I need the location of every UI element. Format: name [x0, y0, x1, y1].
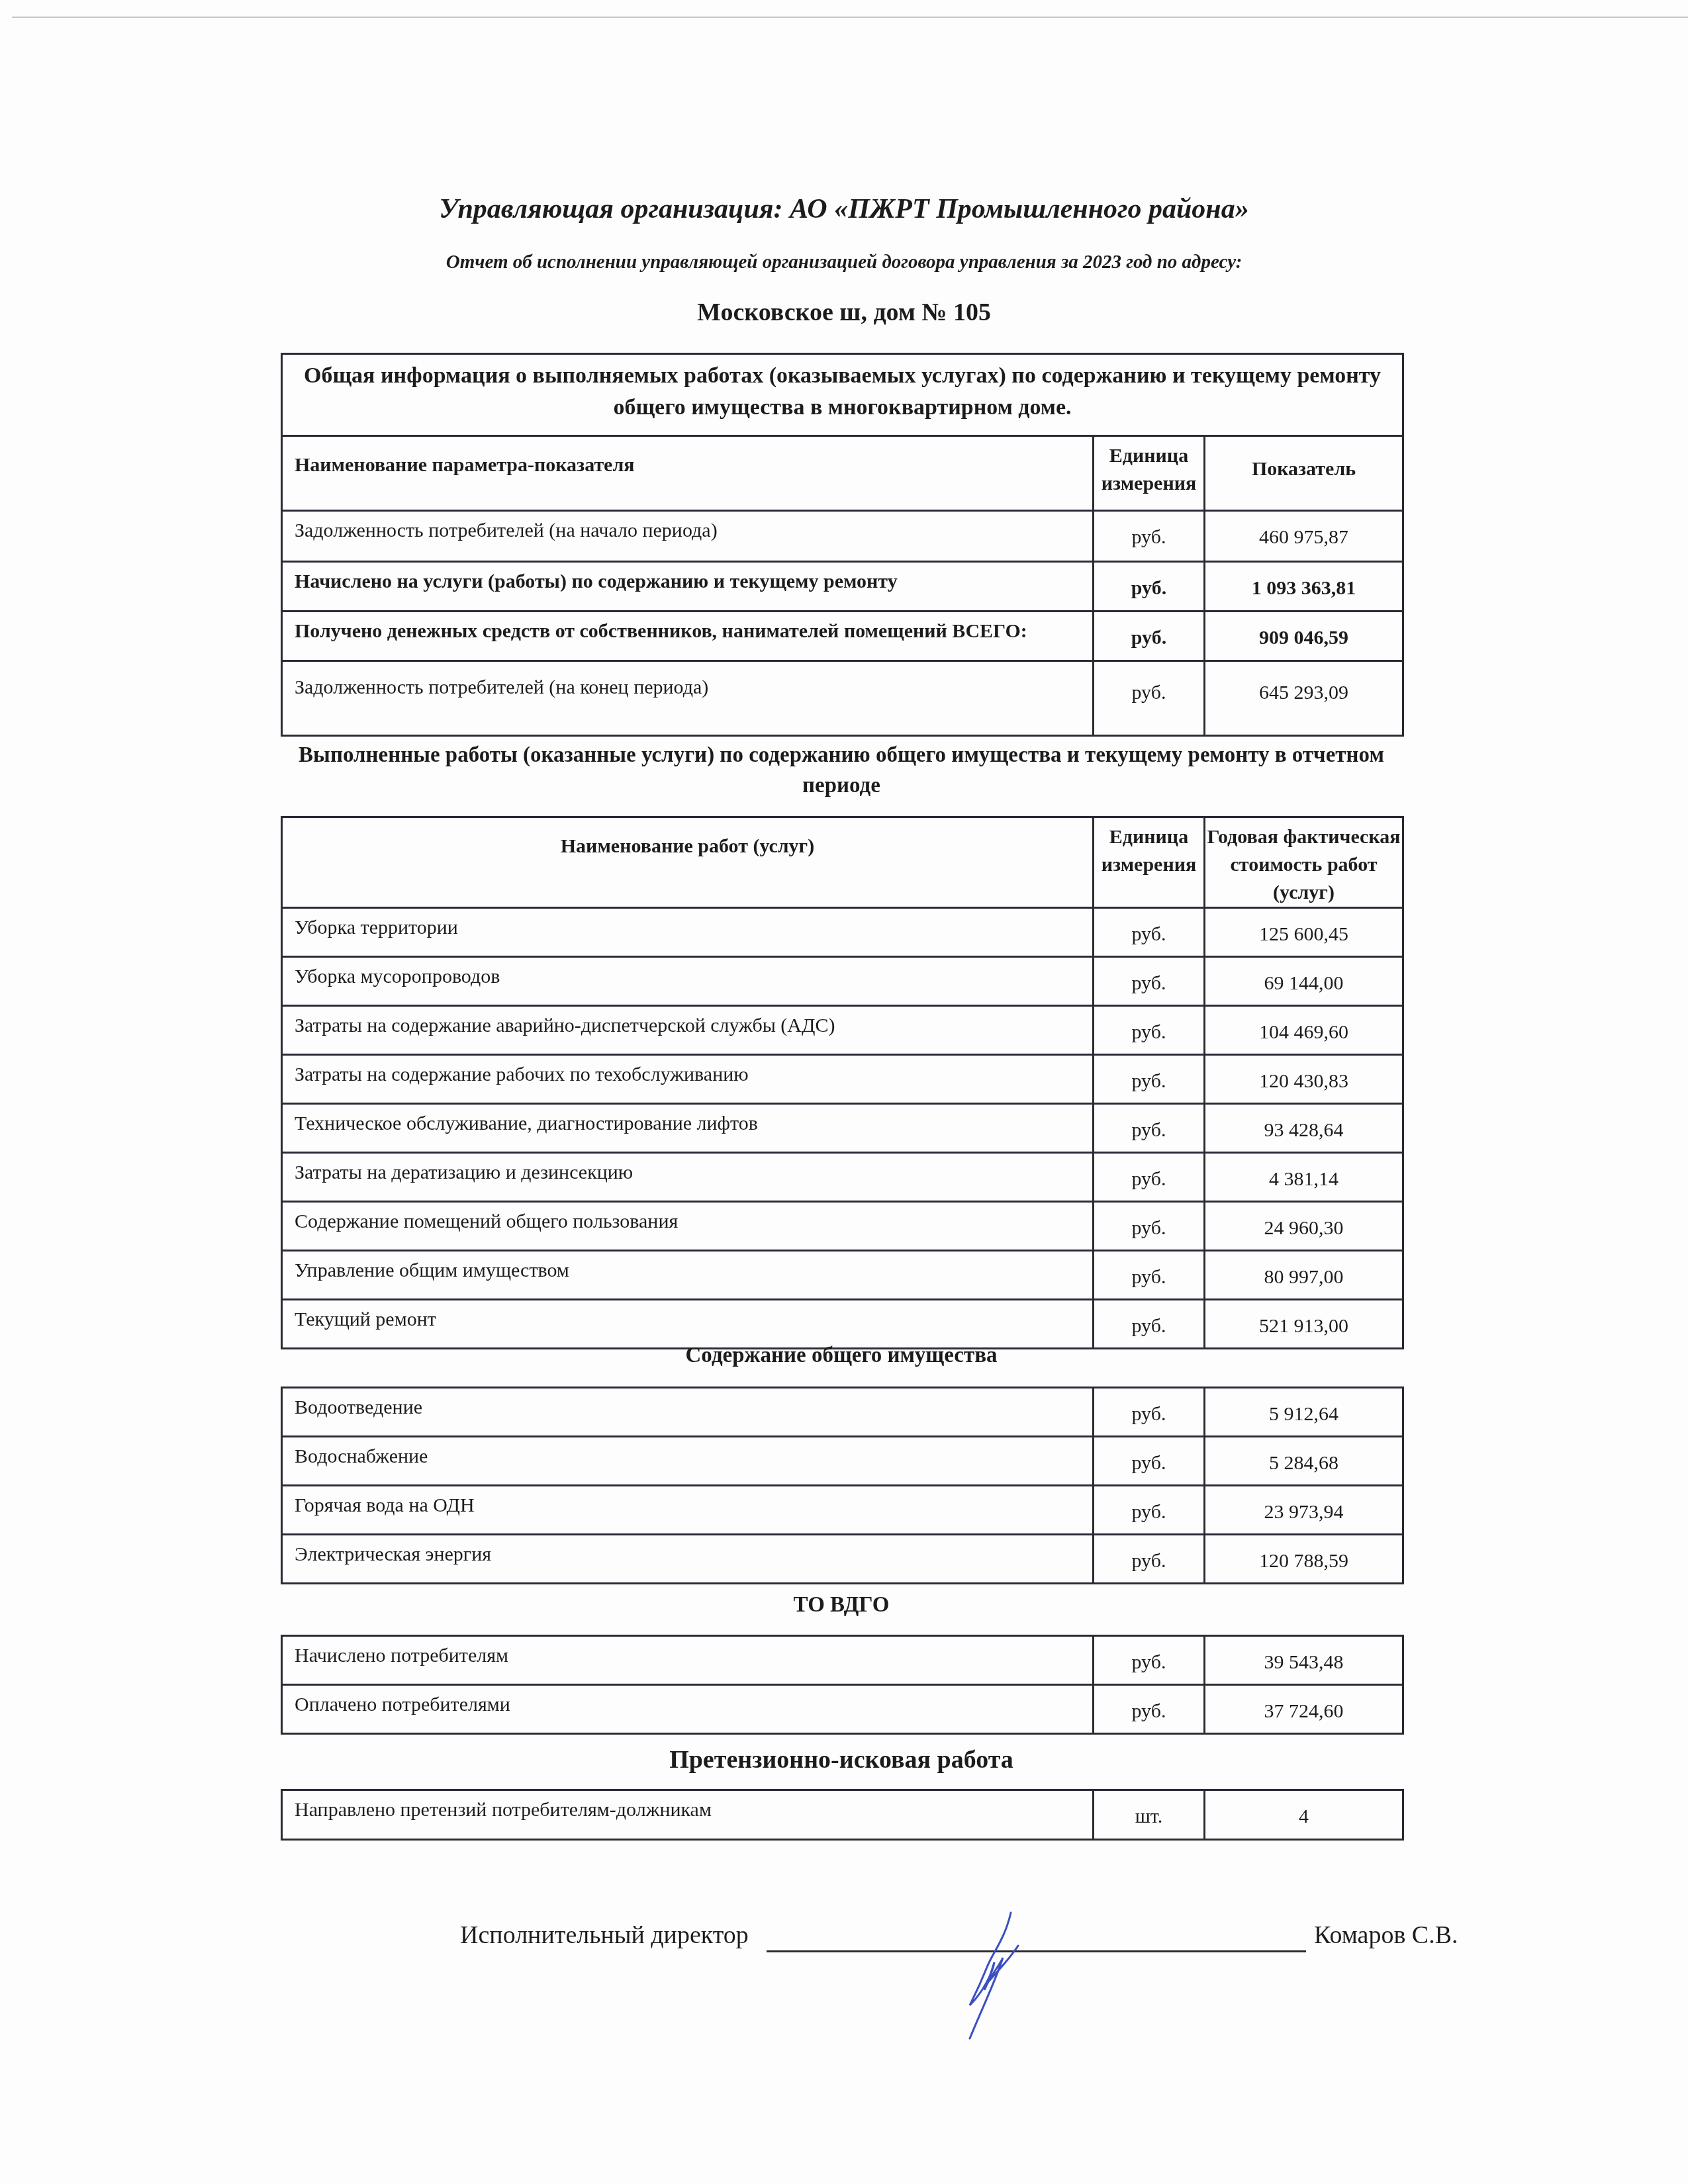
general-info-table: Общая информация о выполняемых работах (… — [281, 353, 1404, 737]
table-row: Уборка мусоропроводовруб.69 144,00 — [282, 957, 1403, 1006]
table-row: Начислено потребителямруб.39 543,48 — [282, 1636, 1403, 1685]
row-value: 460 975,87 — [1205, 511, 1403, 562]
table-row: Водоснабжениеруб.5 284,68 — [282, 1437, 1403, 1486]
row-unit: руб. — [1094, 1437, 1205, 1486]
row-unit: руб. — [1094, 661, 1205, 736]
row-name: Водоснабжение — [282, 1437, 1094, 1486]
row-value: 104 469,60 — [1205, 1006, 1403, 1055]
vdgo-table: Начислено потребителямруб.39 543,48Оплач… — [281, 1635, 1404, 1735]
row-unit: руб. — [1094, 1055, 1205, 1104]
row-value: 39 543,48 — [1205, 1636, 1403, 1685]
row-name: Задолженность потребителей (на конец пер… — [282, 661, 1094, 736]
table-row: Электрическая энергияруб.120 788,59 — [282, 1535, 1403, 1584]
table-row: Горячая вода на ОДНруб.23 973,94 — [282, 1486, 1403, 1535]
column-header-parameter: Наименование параметра-показателя — [282, 436, 1094, 511]
row-name: Затраты на содержание рабочих по техобсл… — [282, 1055, 1094, 1104]
column-header-unit: Единица измерения — [1094, 436, 1205, 511]
table-row: Уборка территориируб.125 600,45 — [282, 908, 1403, 957]
row-unit: руб. — [1094, 612, 1205, 661]
works-section-title: Выполненные работы (оказанные услуги) по… — [281, 740, 1402, 801]
row-value: 69 144,00 — [1205, 957, 1403, 1006]
row-value: 909 046,59 — [1205, 612, 1403, 661]
row-unit: руб. — [1094, 1388, 1205, 1437]
row-unit: руб. — [1094, 1202, 1205, 1251]
scan-edge-line — [12, 17, 1688, 18]
table-row: Направлено претензий потребителям-должни… — [282, 1790, 1403, 1840]
row-unit: руб. — [1094, 1153, 1205, 1202]
table-row: Задолженность потребителей (на начало пе… — [282, 511, 1403, 562]
signer-position: Исполнительный директор — [460, 1921, 749, 1950]
row-value: 645 293,09 — [1205, 661, 1403, 736]
row-name: Начислено на услуги (работы) по содержан… — [282, 562, 1094, 612]
table-row: Содержание помещений общего пользованияр… — [282, 1202, 1403, 1251]
row-name: Техническое обслуживание, диагностирован… — [282, 1104, 1094, 1153]
row-unit: руб. — [1094, 1006, 1205, 1055]
row-name: Задолженность потребителей (на начало пе… — [282, 511, 1094, 562]
signer-name: Комаров С.В. — [1314, 1921, 1458, 1950]
row-value: 120 788,59 — [1205, 1535, 1403, 1584]
row-name: Водоотведение — [282, 1388, 1094, 1437]
row-unit: руб. — [1094, 1685, 1205, 1734]
row-unit: руб. — [1094, 957, 1205, 1006]
row-value: 80 997,00 — [1205, 1251, 1403, 1300]
table-row: Водоотведениеруб.5 912,64 — [282, 1388, 1403, 1437]
handwritten-signature — [947, 1906, 1039, 2058]
table-row: Затраты на содержание аварийно-диспетчер… — [282, 1006, 1403, 1055]
column-header-indicator: Показатель — [1205, 436, 1403, 511]
row-value: 23 973,94 — [1205, 1486, 1403, 1535]
address-heading: Московское ш, дом № 105 — [0, 298, 1688, 327]
table-row: Получено денежных средств от собственник… — [282, 612, 1403, 661]
works-table: Наименование работ (услуг) Единица измер… — [281, 816, 1404, 1349]
row-unit: руб. — [1094, 908, 1205, 957]
row-name: Электрическая энергия — [282, 1535, 1094, 1584]
common-property-title: Содержание общего имущества — [281, 1337, 1402, 1374]
claims-table: Направлено претензий потребителям-должни… — [281, 1789, 1404, 1841]
general-info-caption: Общая информация о выполняемых работах (… — [282, 354, 1403, 436]
row-value: 4 381,14 — [1205, 1153, 1403, 1202]
table-row: Техническое обслуживание, диагностирован… — [282, 1104, 1403, 1153]
row-value: 4 — [1205, 1790, 1403, 1840]
row-value: 93 428,64 — [1205, 1104, 1403, 1153]
column-header-annual-cost: Годовая фактическая стоимость работ (усл… — [1205, 817, 1403, 908]
row-value: 1 093 363,81 — [1205, 562, 1403, 612]
row-value: 5 912,64 — [1205, 1388, 1403, 1437]
table-row: Оплачено потребителямируб.37 724,60 — [282, 1685, 1403, 1734]
table-row: Затраты на содержание рабочих по техобсл… — [282, 1055, 1403, 1104]
vdgo-title: ТО ВДГО — [281, 1586, 1402, 1623]
row-unit: руб. — [1094, 562, 1205, 612]
row-name: Управление общим имуществом — [282, 1251, 1094, 1300]
organization-title: Управляющая организация: АО «ПЖРТ Промыш… — [0, 193, 1688, 225]
row-unit: руб. — [1094, 1636, 1205, 1685]
row-name: Уборка мусоропроводов — [282, 957, 1094, 1006]
row-name: Затраты на содержание аварийно-диспетчер… — [282, 1006, 1094, 1055]
row-value: 5 284,68 — [1205, 1437, 1403, 1486]
row-name: Затраты на дератизацию и дезинсекцию — [282, 1153, 1094, 1202]
row-name: Начислено потребителям — [282, 1636, 1094, 1685]
row-value: 37 724,60 — [1205, 1685, 1403, 1734]
report-subtitle: Отчет об исполнении управляющей организа… — [0, 251, 1688, 273]
table-row: Затраты на дератизацию и дезинсекциюруб.… — [282, 1153, 1403, 1202]
common-property-table: Водоотведениеруб.5 912,64Водоснабжениеру… — [281, 1387, 1404, 1584]
row-unit: руб. — [1094, 1104, 1205, 1153]
row-name: Направлено претензий потребителям-должни… — [282, 1790, 1094, 1840]
claims-title: Претензионно-исковая работа — [281, 1737, 1402, 1783]
row-value: 125 600,45 — [1205, 908, 1403, 957]
row-name: Содержание помещений общего пользования — [282, 1202, 1094, 1251]
row-name: Горячая вода на ОДН — [282, 1486, 1094, 1535]
table-row: Управление общим имуществомруб.80 997,00 — [282, 1251, 1403, 1300]
row-name: Оплачено потребителями — [282, 1685, 1094, 1734]
row-unit: руб. — [1094, 511, 1205, 562]
row-name: Получено денежных средств от собственник… — [282, 612, 1094, 661]
row-name: Уборка территории — [282, 908, 1094, 957]
table-row: Начислено на услуги (работы) по содержан… — [282, 562, 1403, 612]
row-unit: шт. — [1094, 1790, 1205, 1840]
column-header-unit: Единица измерения — [1094, 817, 1205, 908]
row-value: 120 430,83 — [1205, 1055, 1403, 1104]
row-unit: руб. — [1094, 1251, 1205, 1300]
column-header-work-name: Наименование работ (услуг) — [282, 817, 1094, 908]
row-value: 24 960,30 — [1205, 1202, 1403, 1251]
row-unit: руб. — [1094, 1486, 1205, 1535]
row-unit: руб. — [1094, 1535, 1205, 1584]
table-row: Задолженность потребителей (на конец пер… — [282, 661, 1403, 736]
